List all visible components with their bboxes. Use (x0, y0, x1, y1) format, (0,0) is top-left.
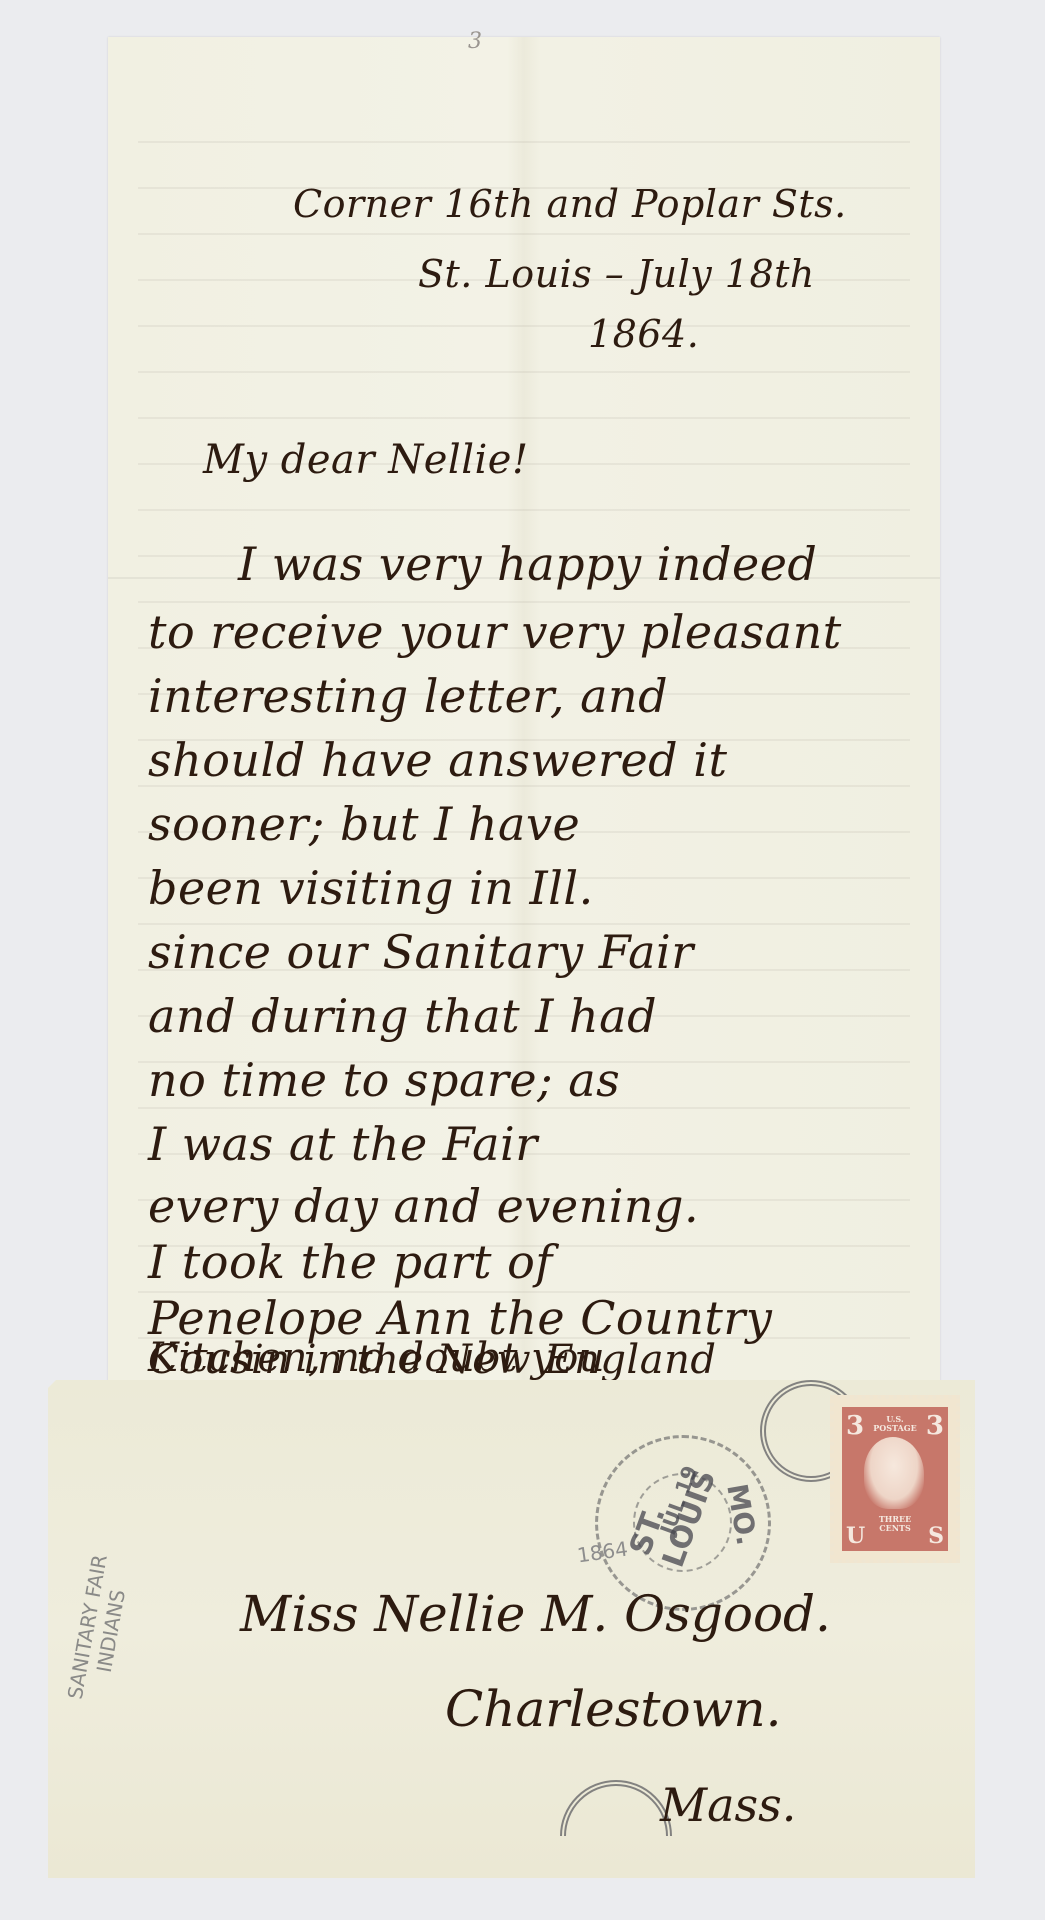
postage-stamp: 3 3 U.S. POSTAGE THREE CENTS U S (830, 1395, 960, 1563)
stamp-face: 3 3 U.S. POSTAGE THREE CENTS U S (842, 1407, 948, 1551)
salutation: My dear Nellie! (203, 437, 529, 483)
heading-city-date: St. Louis – July 18th (418, 252, 815, 296)
body-line: since our Sanitary Fair (148, 925, 694, 979)
body-line: sooner; but I have (148, 797, 580, 851)
page-number-mark: 3 (468, 29, 483, 54)
address-state: Mass. (660, 1778, 796, 1832)
body-line: every day and evening. (148, 1179, 699, 1233)
heading-address: Corner 16th and Poplar Sts. (293, 182, 847, 226)
address-city: Charlestown. (445, 1680, 782, 1738)
body-line: I was very happy indeed (238, 537, 817, 591)
body-line: I was at the Fair (148, 1117, 538, 1171)
body-line: been visiting in Ill. (148, 861, 594, 915)
stamp-bottom-text: THREE CENTS (864, 1515, 926, 1533)
body-line: Kitchen, no doubt you (148, 1335, 605, 1381)
stamp-top-text: U.S. POSTAGE (866, 1415, 924, 1433)
body-line: should have answered it (148, 733, 727, 787)
stamp-value-left: 3 (846, 1411, 864, 1441)
body-line: interesting letter, and (148, 669, 668, 723)
body-line: I took the part of (148, 1235, 553, 1289)
stamp-corner-left: U (846, 1523, 865, 1549)
address-name: Miss Nellie M. Osgood. (240, 1585, 831, 1643)
stamp-value-right: 3 (926, 1411, 944, 1441)
washington-portrait-icon (864, 1437, 924, 1509)
body-line: to receive your very pleasant (148, 605, 842, 659)
letter-page: 3 Corner 16th and Poplar Sts. St. Louis … (108, 37, 940, 1382)
body-line: and during that I had (148, 989, 657, 1043)
stamp-corner-right: S (928, 1523, 944, 1549)
heading-year: 1864. (588, 312, 699, 356)
body-line: no time to spare; as (148, 1053, 620, 1107)
